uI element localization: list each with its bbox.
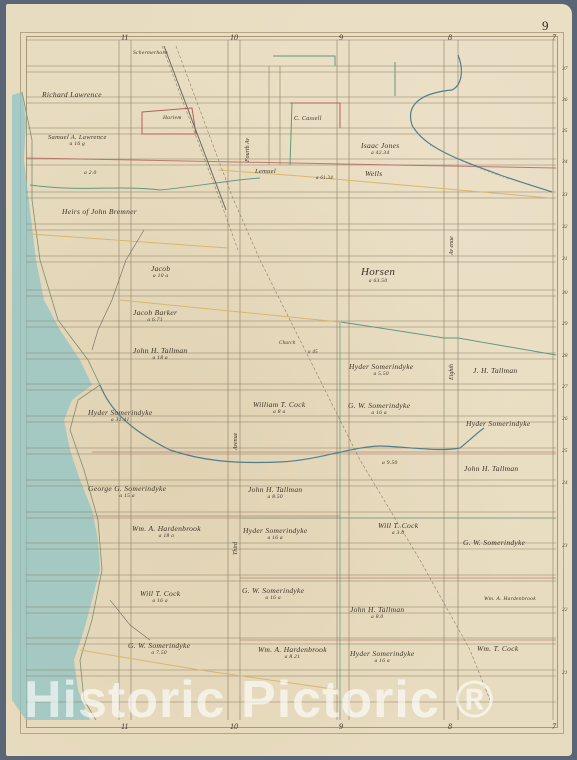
owner-label: G. W. Somerindyke — [463, 538, 525, 547]
owner-label: Lemuel — [255, 168, 276, 175]
street-number: 37 — [562, 66, 568, 72]
owner-label: John H. Tallmana 8.50 — [248, 485, 302, 500]
owner-label: Jacoba 10 a — [151, 264, 170, 279]
street-number: 34 — [562, 159, 568, 165]
owner-label: Hyder Somerindykea 16 a — [243, 526, 307, 541]
street-number: 35 — [562, 128, 568, 134]
owner-label: Wm. A. Hardenbrook — [484, 596, 536, 602]
owner-label: G. W. Somerindykea 7.50 — [128, 641, 190, 656]
owner-label: Horsena 63.50 — [361, 266, 395, 284]
river-shoreline — [12, 92, 100, 720]
street-number: 31 — [562, 256, 568, 262]
owner-label: Richard Lawrence — [42, 90, 102, 99]
street-label: Av enue — [449, 236, 455, 255]
street-number: 27 — [562, 384, 568, 390]
owner-label: Hyder Somerindykea 16 a — [350, 649, 414, 664]
acreage-label: a 2.0 — [84, 170, 97, 176]
owner-label: Wm. T. Cock — [477, 644, 519, 653]
street-number: 21 — [562, 670, 568, 676]
owner-label: John H. Tallmana 18 a — [133, 346, 187, 361]
stream — [100, 385, 484, 463]
street-label: Third — [233, 542, 239, 555]
street-number: 24 — [562, 480, 568, 486]
street-number: 36 — [562, 97, 568, 103]
street-label: Fourth Av — [245, 138, 251, 162]
owner-label: George G. Somerindykea 15 a — [88, 484, 166, 499]
street-number: 29 — [562, 321, 568, 327]
street-number: 22 — [562, 607, 568, 613]
owner-label: C. Cassell — [294, 116, 322, 122]
owner-label: G. W. Somerindykea 16 a — [348, 401, 410, 416]
owner-label: Samuel A. Lawrencea 16 g — [48, 134, 107, 147]
owner-label: Hyder Somerindykea 31.41 — [88, 408, 152, 423]
street-number: 28 — [562, 353, 568, 359]
creek — [110, 600, 150, 640]
owner-label: Jacob Barkera 6.71 — [133, 308, 177, 323]
diagonal-road — [162, 46, 490, 700]
owner-label: Schermerhorn — [133, 50, 168, 56]
owner-label: Wm. A. Hardenbrooka 18 a — [132, 524, 201, 539]
street-label: Avenue — [233, 433, 239, 450]
owner-label: J. H. Tallman — [473, 366, 517, 375]
property-line-green — [30, 178, 260, 190]
owner-label: Hyder Somerindyke — [466, 419, 530, 428]
owner-label: Wells — [365, 169, 382, 178]
owner-label: Hyder Somerindykea 5.50 — [349, 362, 413, 377]
owner-label: Isaac Jonesa 42.34 — [361, 141, 400, 156]
owner-label: John H. Tallman — [464, 464, 518, 473]
street-number: 26 — [562, 416, 568, 422]
acreage-label: a 9.50 — [382, 460, 398, 466]
owner-label: John H. Tallmana 8.0 — [350, 605, 404, 620]
street-label: Eighth — [449, 364, 455, 380]
acreage-label: a 45 — [308, 350, 318, 355]
property-line-yellow — [30, 234, 228, 248]
street-number: 23 — [562, 543, 568, 549]
owner-label: Heirs of John Bremner — [62, 207, 137, 216]
street-number: 32 — [562, 224, 568, 230]
owner-label: Will T. Cocka 16 a — [140, 589, 180, 604]
owner-label: Will T. Cocka 3.0 — [378, 521, 418, 536]
watermark: Historic Pictoric ® — [24, 670, 495, 730]
owner-label: Church — [279, 341, 296, 346]
owner-label: G. W. Somerindykea 16 a — [242, 586, 304, 601]
owner-label: Wm. A. Hardenbrooka 8.21 — [258, 645, 327, 660]
owner-label: Harlem — [163, 115, 182, 121]
owner-label: William T. Cocka 8 a — [253, 400, 306, 415]
street-number: 33 — [562, 192, 568, 198]
stream — [411, 55, 552, 192]
street-number: 30 — [562, 290, 568, 296]
acreage-label: a 61.34 — [316, 176, 333, 181]
street-number: 25 — [562, 448, 568, 454]
